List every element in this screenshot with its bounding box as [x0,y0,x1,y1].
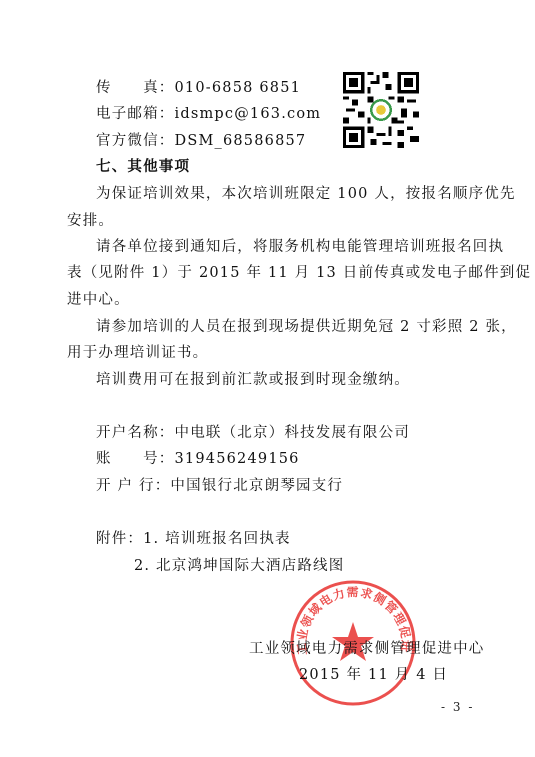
paragraph-line: 安排。 [67,211,114,231]
attachment-item: 1. 培训班报名回执表 [143,531,291,547]
bank-account-row: 账 号：319456249156 [96,449,300,469]
email-value: idsmpc@163.com [175,106,322,122]
paragraph-line: 请参加培训的人员在报到现场提供近期免冠 2 寸彩照 2 张， [96,317,517,337]
bank-name-label: 开户名称： [96,425,175,441]
paragraph-line: 为保证培训效果，本次培训班限定 100 人，按报名顺序优先 [96,184,516,204]
qr-code-icon [343,72,419,148]
wechat-label: 官方微信： [96,133,175,149]
email-row: 电子邮箱：idsmpc@163.com [96,104,321,124]
bank-account-label: 账 号： [96,451,175,467]
paragraph-line: 表（见附件 1）于 2015 年 11 月 13 日前传真或发电子邮件到促 [67,263,531,283]
section-heading: 七、其他事项 [96,157,190,177]
bank-branch-row: 开 户 行：中国银行北京朗琴园支行 [96,476,343,496]
signature-org: 工业领域电力需求侧管理促进中心 [249,639,485,659]
bank-branch-label: 开 户 行： [96,478,170,494]
bank-account-value: 319456249156 [175,451,300,467]
paragraph-line: 培训费用可在报到前汇款或报到时现金缴纳。 [96,370,410,390]
page-number: - 3 - [441,700,474,714]
paragraph-line: 进中心。 [67,290,130,310]
email-label: 电子邮箱： [96,106,175,122]
wechat-value: DSM_68586857 [175,133,307,149]
signature-date: 2015 年 11 月 4 日 [299,665,448,685]
fax-row: 传 真：010-6858 6851 [96,78,301,98]
bank-name-value: 中电联（北京）科技发展有限公司 [175,425,411,441]
attachment-item: 2. 北京鸿坤国际大酒店路线图 [134,556,344,576]
bank-branch-value: 中国银行北京朗琴园支行 [170,478,343,494]
wechat-row: 官方微信：DSM_68586857 [96,131,306,151]
fax-label: 传 真： [96,80,175,96]
attachments-label: 附件： [96,531,143,547]
paragraph-line: 请各单位接到通知后，将服务机构电能管理培训班报名回执 [96,237,504,257]
attachment-row-1: 附件：1. 培训班报名回执表 [96,529,291,549]
fax-value: 010-6858 6851 [175,80,302,96]
bank-name-row: 开户名称：中电联（北京）科技发展有限公司 [96,423,410,443]
paragraph-line: 用于办理培训证书。 [67,343,208,363]
